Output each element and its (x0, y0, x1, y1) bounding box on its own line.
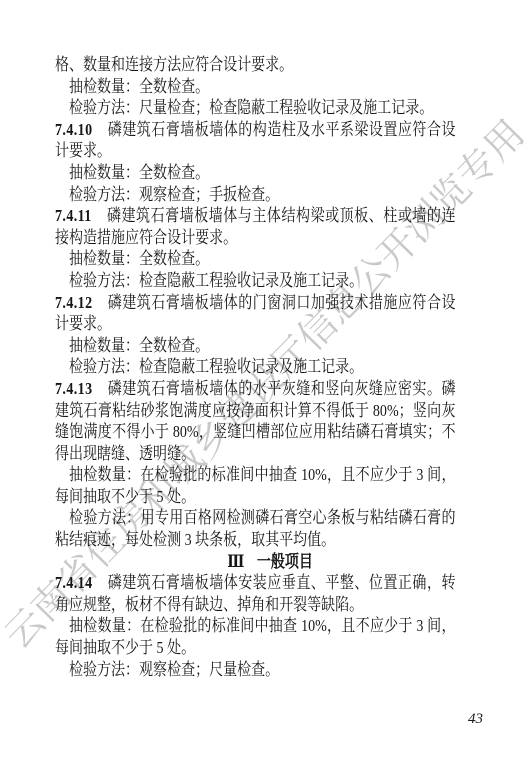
paragraph-text: 检验方法：检查隐蔽工程验收记录及施工记录。 (69, 357, 363, 376)
paragraph-text: 磷建筑石膏墙板墙体的门窗洞口加强技术措施应符合设计要求。 (55, 293, 455, 334)
clause-paragraph: 7.4.10磷建筑石膏墙板墙体的构造柱及水平系梁设置应符合设计要求。 (55, 119, 455, 162)
clause-paragraph: 7.4.13磷建筑石膏墙板墙体的水平灰缝和竖向灰缝应密实。磷建筑石膏粘结砂浆饱满… (55, 378, 455, 464)
paragraph-text: 检验方法：观察检查；尺量检查。 (69, 660, 279, 679)
sub-item-paragraph: 检验方法：检查隐蔽工程验收记录及施工记录。 (55, 270, 455, 292)
sub-item-paragraph: 检验方法：观察检查；手扳检查。 (55, 184, 455, 206)
sub-item-paragraph: 抽检数量：全数检查。 (55, 162, 455, 184)
paragraph-text: 抽检数量：在检验批的标准间中抽查 10%，且不应少于 3 间，每间抽取不少于 5… (55, 616, 455, 657)
paragraph-text: 检验方法：用专用百格网检测磷石膏空心条板与粘结磷石膏的粘结痕迹，每处检测 3 块… (55, 508, 455, 549)
paragraph-text: 检验方法：尺量检查；检查隐蔽工程验收记录及施工记录。 (69, 98, 433, 117)
paragraph-text: 磷建筑石膏墙板墙体安装应垂直、平整、位置正确，转角应规整，板材不得有缺边、掉角和… (55, 573, 455, 614)
paragraph-text: 磷建筑石膏墙板墙体的构造柱及水平系梁设置应符合设计要求。 (55, 120, 455, 161)
sub-item-paragraph: 抽检数量：全数检查。 (55, 76, 455, 98)
sub-item-paragraph: 检验方法：用专用百格网检测磷石膏空心条板与粘结磷石膏的粘结痕迹，每处检测 3 块… (55, 507, 455, 550)
paragraph-text: 抽检数量：全数检查。 (69, 249, 209, 268)
clause-number: 7.4.13 (55, 379, 92, 398)
paragraph-text: 抽检数量：全数检查。 (69, 163, 209, 182)
document-content: 格、数量和连接方法应符合设计要求。抽检数量：全数检查。检验方法：尺量检查；检查隐… (55, 54, 455, 680)
page-number: 43 (468, 711, 483, 728)
clause-paragraph: 7.4.11磷建筑石膏墙板墙体与主体结构梁或顶板、柱或墙的连接构造措施应符合设计… (55, 205, 455, 248)
sub-item-paragraph: 抽检数量：在检验批的标准间中抽查 10%，且不应少于 3 间，每间抽取不少于 5… (55, 615, 455, 658)
paragraph-text: 抽检数量：在检验批的标准间中抽查 10%，且不应少于 3 间，每间抽取不少于 5… (55, 465, 455, 506)
clause-paragraph: 7.4.14磷建筑石膏墙板墙体安装应垂直、平整、位置正确，转角应规整，板材不得有… (55, 572, 455, 615)
clause-number: 7.4.10 (55, 120, 92, 139)
section-heading: Ⅲ一般项目 (55, 551, 455, 573)
clause-number: 7.4.12 (55, 293, 92, 312)
paragraph-text: 磷建筑石膏墙板墙体与主体结构梁或顶板、柱或墙的连接构造措施应符合设计要求。 (55, 206, 455, 247)
document-page: 云南省住房和城乡建设厅信息公开浏览专用 格、数量和连接方法应符合设计要求。抽检数… (0, 0, 528, 767)
heading-label: 一般项目 (257, 552, 313, 571)
paragraph-text: 抽检数量：全数检查。 (69, 336, 209, 355)
body-paragraph: 格、数量和连接方法应符合设计要求。 (55, 54, 455, 76)
sub-item-paragraph: 检验方法：观察检查；尺量检查。 (55, 659, 455, 681)
clause-number: 7.4.14 (55, 573, 92, 592)
sub-item-paragraph: 抽检数量：全数检查。 (55, 248, 455, 270)
sub-item-paragraph: 检验方法：检查隐蔽工程验收记录及施工记录。 (55, 356, 455, 378)
paragraph-text: 检验方法：检查隐蔽工程验收记录及施工记录。 (69, 271, 363, 290)
paragraph-text: 格、数量和连接方法应符合设计要求。 (55, 55, 293, 74)
paragraph-text: 检验方法：观察检查；手扳检查。 (69, 185, 279, 204)
heading-numeral: Ⅲ (227, 552, 244, 571)
sub-item-paragraph: 检验方法：尺量检查；检查隐蔽工程验收记录及施工记录。 (55, 97, 455, 119)
sub-item-paragraph: 抽检数量：在检验批的标准间中抽查 10%，且不应少于 3 间，每间抽取不少于 5… (55, 464, 455, 507)
clause-paragraph: 7.4.12磷建筑石膏墙板墙体的门窗洞口加强技术措施应符合设计要求。 (55, 292, 455, 335)
paragraph-text: 磷建筑石膏墙板墙体的水平灰缝和竖向灰缝应密实。磷建筑石膏粘结砂浆饱满度应按净面积… (55, 379, 455, 463)
clause-number: 7.4.11 (55, 206, 92, 225)
paragraph-text: 抽检数量：全数检查。 (69, 77, 209, 96)
sub-item-paragraph: 抽检数量：全数检查。 (55, 335, 455, 357)
